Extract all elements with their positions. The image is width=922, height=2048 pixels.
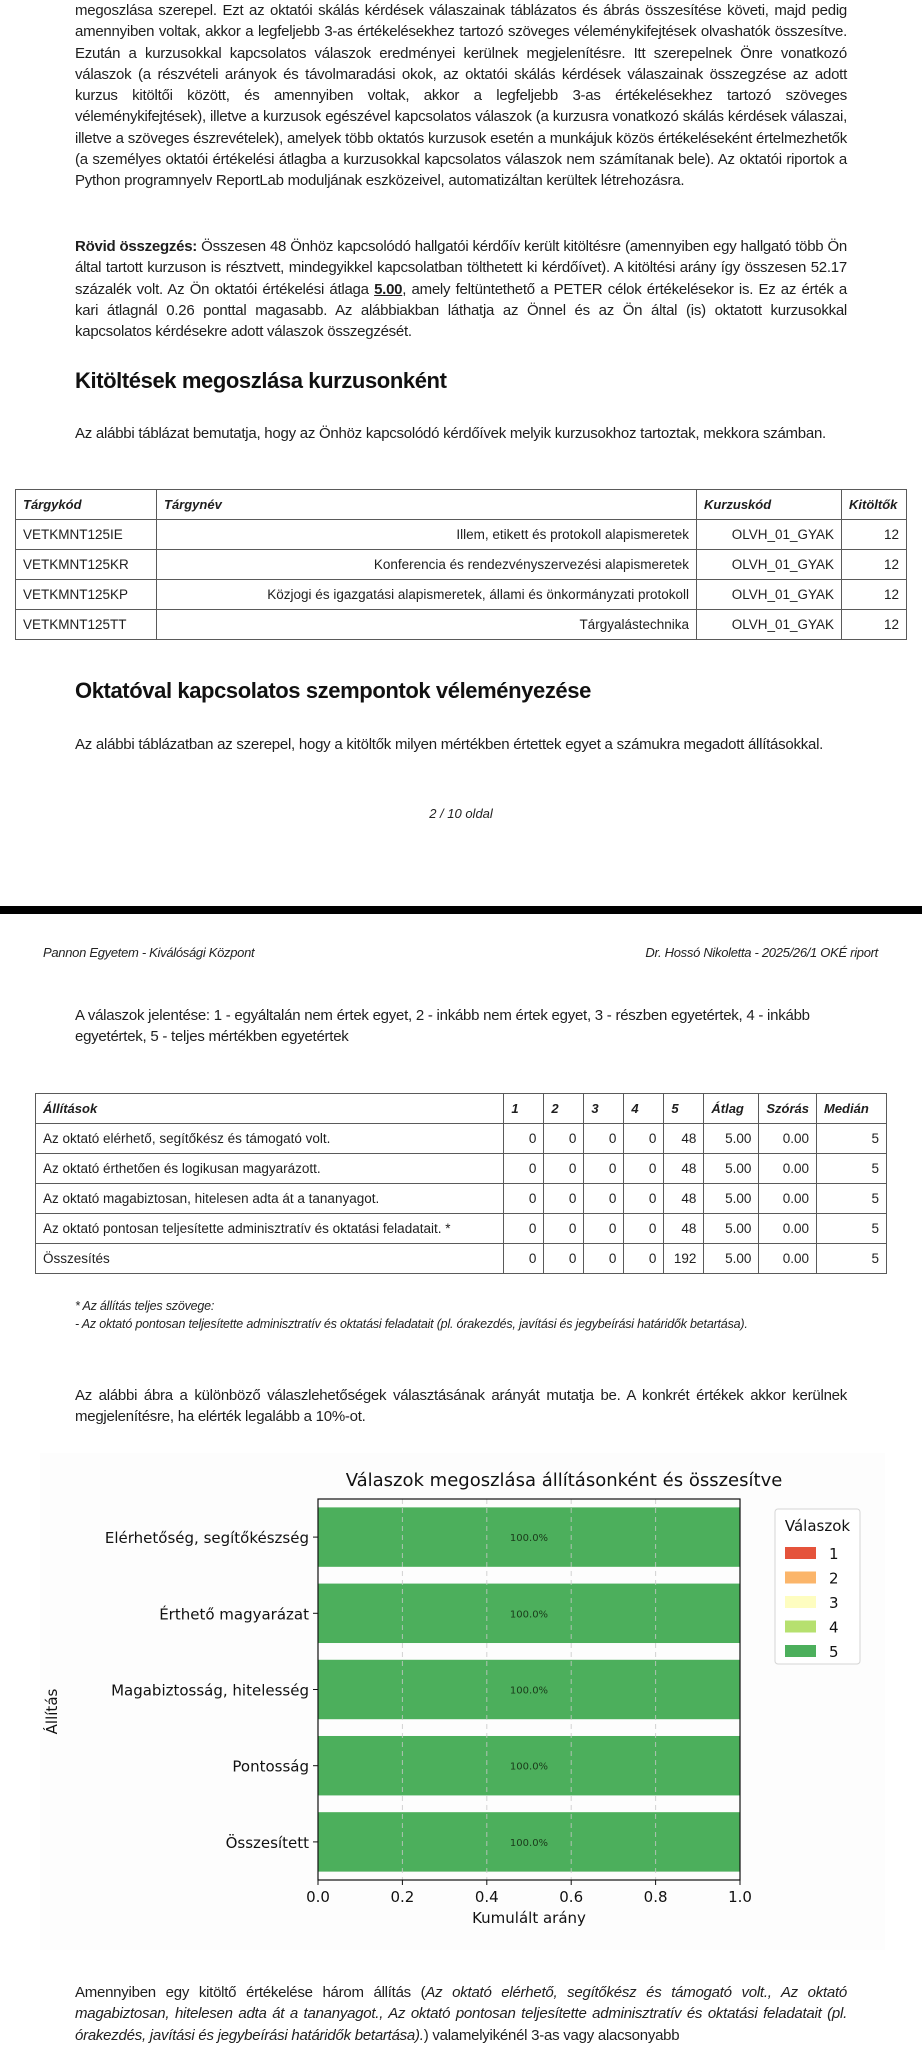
- statement-cell: Az oktató elérhető, segítőkész és támoga…: [36, 1124, 504, 1154]
- section-title-instructor-aspects: Oktatóval kapcsolatos szempontok vélemén…: [75, 678, 591, 704]
- bar-label: 100.0%: [510, 1762, 548, 1773]
- section-title-course-distribution: Kitöltések megoszlása kurzusonként: [75, 368, 447, 394]
- course-code-cell: VETKMNT125TT: [16, 610, 157, 640]
- page-number: 2 / 10 oldal: [0, 806, 922, 821]
- page-separator: [0, 906, 922, 914]
- value-cell: 0: [584, 1154, 624, 1184]
- value-cell: 0: [544, 1244, 584, 1274]
- value-cell: 48: [664, 1214, 704, 1244]
- value-cell: 0: [624, 1124, 664, 1154]
- legend-swatch: [785, 1547, 816, 1559]
- class-code-cell: OLVH_01_GYAK: [697, 610, 842, 640]
- course-name-cell: Illem, etikett és protokoll alapismerete…: [157, 520, 697, 550]
- value-cell: 48: [664, 1184, 704, 1214]
- value-cell: 5: [817, 1154, 887, 1184]
- value-cell: 5: [817, 1124, 887, 1154]
- column-header: 2: [544, 1094, 584, 1124]
- column-header: Állítások: [36, 1094, 504, 1124]
- respondent-count-cell: 12: [842, 580, 907, 610]
- table-row: Az oktató pontosan teljesítette adminisz…: [36, 1214, 887, 1244]
- value-cell: 0: [504, 1124, 544, 1154]
- legend-title: Válaszok: [785, 1517, 851, 1535]
- column-header: Átlag: [704, 1094, 759, 1124]
- x-tick-label: 1.0: [728, 1888, 752, 1906]
- course-name-cell: Közjogi és igazgatási alapismeretek, áll…: [157, 580, 697, 610]
- value-cell: 0: [544, 1154, 584, 1184]
- header-report-title: Dr. Hossó Nikoletta - 2025/26/1 OKÉ ripo…: [645, 945, 878, 960]
- bar-label: 100.0%: [510, 1533, 548, 1544]
- value-cell: 5.00: [704, 1244, 759, 1274]
- closing-text-2: ) valamelyikénél 3-as vagy alacsonyabb: [424, 2027, 680, 2044]
- value-cell: 0: [504, 1184, 544, 1214]
- respondent-count-cell: 12: [842, 610, 907, 640]
- y-axis-label: Állítás: [42, 1688, 61, 1734]
- value-cell: 0: [624, 1154, 664, 1184]
- legend-item: 2: [829, 1570, 839, 1588]
- closing-paragraph: Amennyiben egy kitöltő értékelése három …: [75, 1982, 847, 2046]
- x-tick-label: 0.2: [390, 1888, 414, 1906]
- course-code-cell: VETKMNT125KR: [16, 550, 157, 580]
- statement-cell: Összesítés: [36, 1244, 504, 1274]
- column-header: Szórás: [759, 1094, 817, 1124]
- value-cell: 0: [584, 1214, 624, 1244]
- legend-item: 3: [829, 1594, 839, 1612]
- course-name-cell: Tárgyalástechnika: [157, 610, 697, 640]
- scale-meaning: A válaszok jelentése: 1 - egyáltalán nem…: [75, 1005, 847, 1048]
- legend-item: 5: [829, 1643, 839, 1661]
- column-header: Tárgynév: [157, 490, 697, 520]
- table-row: Összesítés00001925.000.005: [36, 1244, 887, 1274]
- chart-intro: Az alábbi ábra a különböző válaszlehetős…: [75, 1385, 847, 1428]
- value-cell: 0.00: [759, 1124, 817, 1154]
- table-row: VETKMNT125KRKonferencia és rendezvénysze…: [16, 550, 907, 580]
- legend-swatch: [785, 1596, 816, 1608]
- legend-swatch: [785, 1645, 816, 1657]
- bar-label: 100.0%: [510, 1609, 548, 1620]
- column-header: Medián: [817, 1094, 887, 1124]
- value-cell: 5.00: [704, 1154, 759, 1184]
- section-description-instructor-aspects: Az alábbi táblázatban az szerepel, hogy …: [75, 734, 847, 755]
- column-header: 5: [664, 1094, 704, 1124]
- average-value: 5.00: [374, 281, 402, 298]
- column-header: 3: [584, 1094, 624, 1124]
- value-cell: 0.00: [759, 1214, 817, 1244]
- column-header: Kitöltők: [842, 490, 907, 520]
- table-row: Az oktató elérhető, segítőkész és támoga…: [36, 1124, 887, 1154]
- course-distribution-table: Tárgykód Tárgynév Kurzuskód Kitöltők VET…: [15, 489, 907, 640]
- statement-cell: Az oktató érthetően és logikusan magyará…: [36, 1154, 504, 1184]
- value-cell: 0: [504, 1244, 544, 1274]
- x-tick-label: 0.8: [644, 1888, 668, 1906]
- value-cell: 5.00: [704, 1184, 759, 1214]
- value-cell: 0: [584, 1184, 624, 1214]
- value-cell: 0: [624, 1214, 664, 1244]
- table-row: VETKMNT125TTTárgyalástechnikaOLVH_01_GYA…: [16, 610, 907, 640]
- table-row: VETKMNT125KPKözjogi és igazgatási alapis…: [16, 580, 907, 610]
- value-cell: 0: [584, 1244, 624, 1274]
- value-cell: 0: [544, 1214, 584, 1244]
- table-row: Az oktató érthetően és logikusan magyará…: [36, 1154, 887, 1184]
- course-code-cell: VETKMNT125KP: [16, 580, 157, 610]
- table-header-row: Állítások12345ÁtlagSzórásMedián: [36, 1094, 887, 1124]
- respondent-count-cell: 12: [842, 520, 907, 550]
- course-name-cell: Konferencia és rendezvényszervezési alap…: [157, 550, 697, 580]
- x-axis-label: Kumulált arány: [472, 1909, 586, 1927]
- respondent-count-cell: 12: [842, 550, 907, 580]
- stacked-bar-chart: Válaszok megoszlása állításonként és öss…: [40, 1453, 885, 1950]
- column-header: 4: [624, 1094, 664, 1124]
- value-cell: 5: [817, 1244, 887, 1274]
- value-cell: 5: [817, 1184, 887, 1214]
- legend-swatch: [785, 1621, 816, 1633]
- value-cell: 5: [817, 1214, 887, 1244]
- value-cell: 0.00: [759, 1244, 817, 1274]
- value-cell: 0: [544, 1184, 584, 1214]
- value-cell: 0: [504, 1154, 544, 1184]
- footnote-title: * Az állítás teljes szövege:: [75, 1298, 847, 1316]
- value-cell: 0: [624, 1184, 664, 1214]
- column-header: Kurzuskód: [697, 490, 842, 520]
- summary-paragraph: Rövid összegzés: Összesen 48 Önhöz kapcs…: [75, 236, 847, 342]
- footnote: * Az állítás teljes szövege: - Az oktató…: [75, 1298, 847, 1333]
- class-code-cell: OLVH_01_GYAK: [697, 580, 842, 610]
- value-cell: 48: [664, 1154, 704, 1184]
- legend-item: 4: [829, 1619, 839, 1637]
- value-cell: 0: [584, 1124, 624, 1154]
- ratings-table: Állítások12345ÁtlagSzórásMedián Az oktat…: [35, 1093, 887, 1274]
- table-header-row: Tárgykód Tárgynév Kurzuskód Kitöltők: [16, 490, 907, 520]
- bar-label: 100.0%: [510, 1686, 548, 1697]
- closing-text-1: Amennyiben egy kitöltő értékelése három …: [75, 1984, 425, 2001]
- y-tick-label: Magabiztosság, hitelesség: [111, 1682, 309, 1700]
- intro-paragraph: megoszlása szerepel. Ezt az oktatói skál…: [75, 0, 847, 192]
- table-row: VETKMNT125IEIllem, etikett és protokoll …: [16, 520, 907, 550]
- response-distribution-chart: Válaszok megoszlása állításonként és öss…: [40, 1453, 885, 1950]
- x-tick-label: 0.4: [475, 1888, 499, 1906]
- summary-label: Rövid összegzés:: [75, 238, 197, 255]
- footnote-text: - Az oktató pontosan teljesítette admini…: [75, 1316, 847, 1334]
- column-header: 1: [504, 1094, 544, 1124]
- header-institution: Pannon Egyetem - Kiválósági Központ: [43, 945, 254, 960]
- value-cell: 0.00: [759, 1154, 817, 1184]
- chart-title: Válaszok megoszlása állításonként és öss…: [346, 1470, 783, 1491]
- value-cell: 48: [664, 1124, 704, 1154]
- class-code-cell: OLVH_01_GYAK: [697, 520, 842, 550]
- legend-item: 1: [829, 1545, 839, 1563]
- value-cell: 5.00: [704, 1214, 759, 1244]
- x-tick-label: 0.0: [306, 1888, 330, 1906]
- value-cell: 5.00: [704, 1124, 759, 1154]
- bar-label: 100.0%: [510, 1838, 548, 1849]
- y-tick-label: Pontosság: [232, 1758, 309, 1776]
- course-code-cell: VETKMNT125IE: [16, 520, 157, 550]
- y-tick-label: Elérhetőség, segítőkészség: [105, 1529, 309, 1547]
- statement-cell: Az oktató pontosan teljesítette adminisz…: [36, 1214, 504, 1244]
- value-cell: 0: [544, 1124, 584, 1154]
- x-tick-label: 0.6: [559, 1888, 583, 1906]
- legend-swatch: [785, 1572, 816, 1584]
- value-cell: 0: [624, 1244, 664, 1274]
- value-cell: 0.00: [759, 1184, 817, 1214]
- value-cell: 0: [504, 1214, 544, 1244]
- class-code-cell: OLVH_01_GYAK: [697, 550, 842, 580]
- column-header: Tárgykód: [16, 490, 157, 520]
- table-row: Az oktató magabiztosan, hitelesen adta á…: [36, 1184, 887, 1214]
- y-tick-label: Érthető magyarázat: [159, 1604, 309, 1623]
- section-description-course-distribution: Az alábbi táblázat bemutatja, hogy az Ön…: [75, 423, 847, 444]
- y-tick-label: Összesített: [226, 1833, 310, 1852]
- value-cell: 192: [664, 1244, 704, 1274]
- statement-cell: Az oktató magabiztosan, hitelesen adta á…: [36, 1184, 504, 1214]
